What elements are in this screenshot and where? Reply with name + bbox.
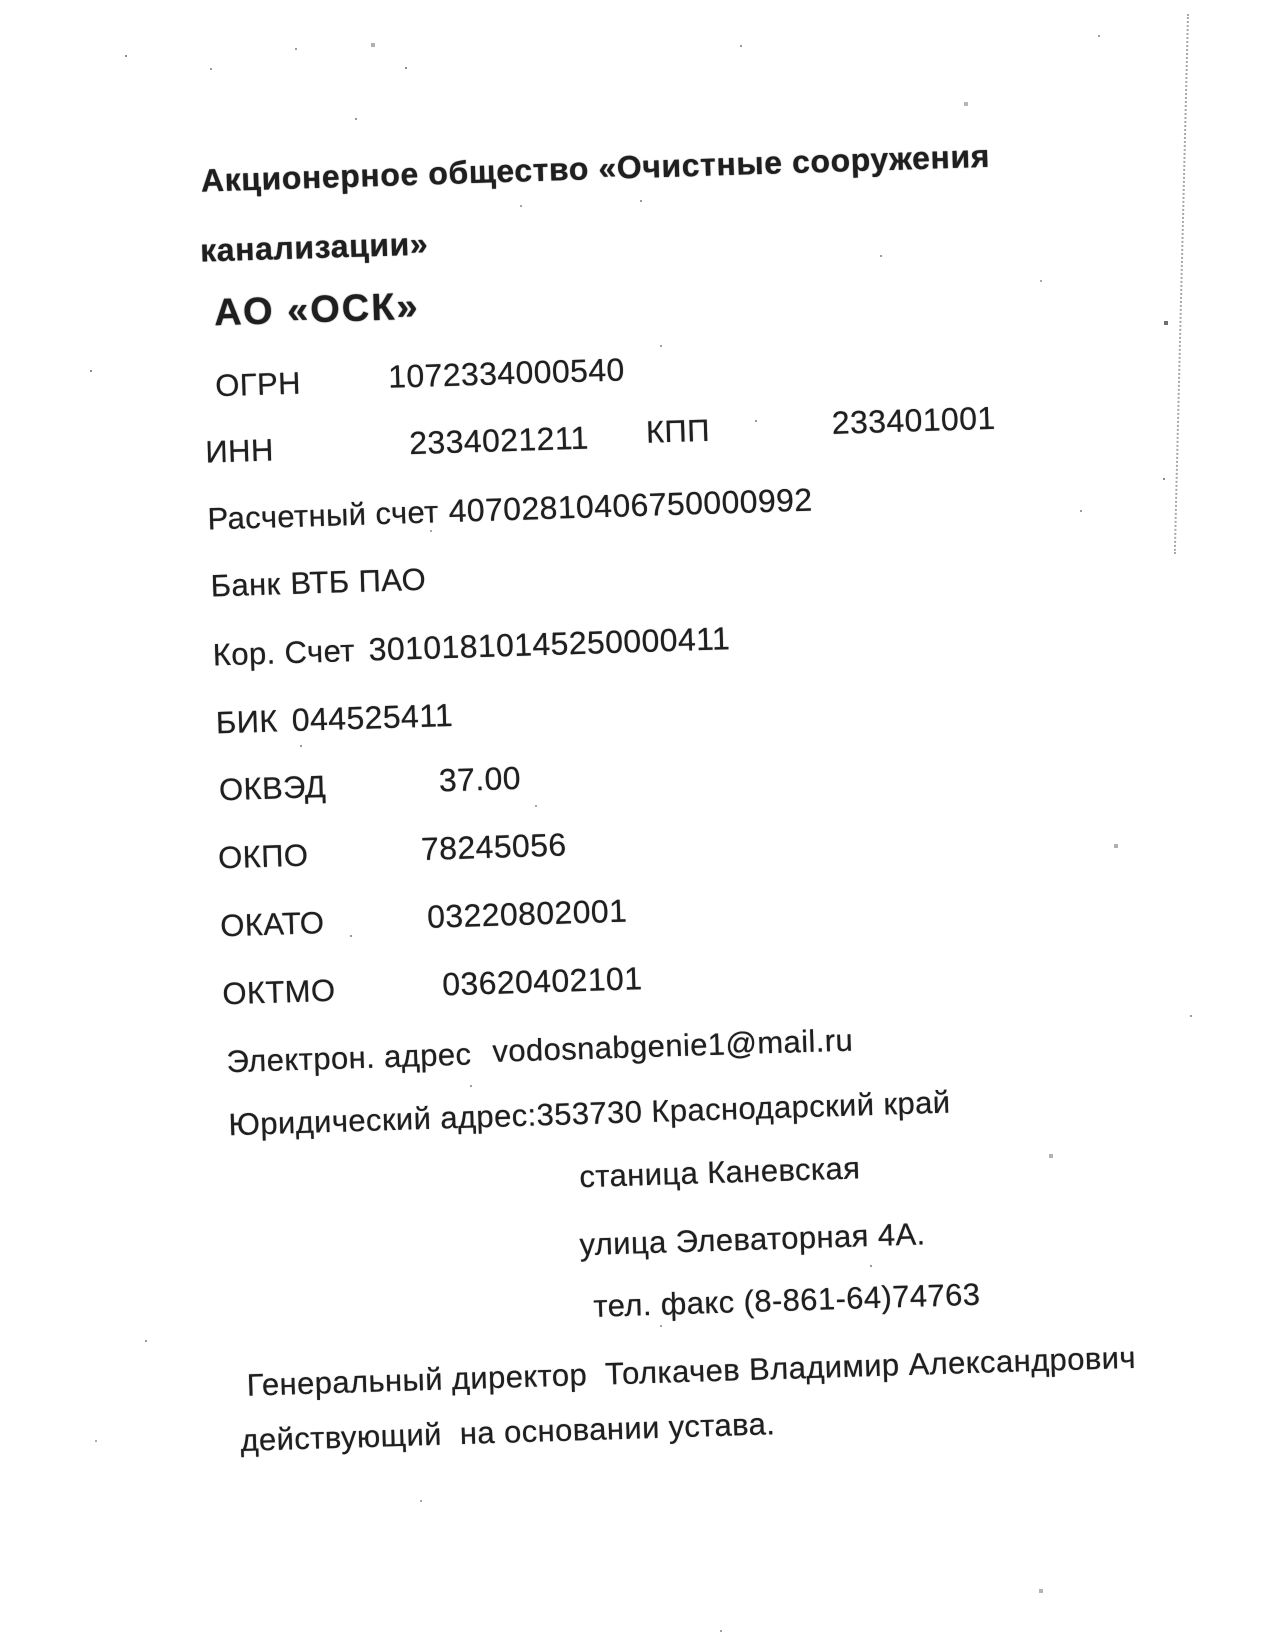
bank-value: ВТБ ПАО (290, 562, 427, 601)
okved-value: 37.00 (438, 760, 521, 800)
director-line1: Генеральный директор Толкачев Владимир А… (246, 1340, 1136, 1404)
correspondent-account-value: 30101810145250000411 (368, 620, 731, 667)
correspondent-account-row: Кор. Счет30101810145250000411 (212, 620, 730, 673)
oktmo-label: ОКТМО (222, 973, 336, 1013)
kpp-label: КПП (645, 413, 710, 451)
correspondent-account-label: Кор. Счет (212, 633, 355, 672)
ogrn-value: 1072334000540 (388, 351, 626, 395)
company-short-name: АО «ОСК» (213, 286, 420, 335)
scan-noise-specks (0, 0, 2, 2)
okpo-label: ОКПО (218, 838, 309, 877)
oktmo-value: 03620402101 (442, 960, 643, 1003)
inn-value: 2334021211 (409, 420, 590, 463)
company-full-name-line2: канализации» (200, 225, 429, 269)
email-label: Электрон. адрес (226, 1037, 472, 1081)
bank-label: Банк (210, 566, 281, 603)
okato-value: 03220802001 (427, 893, 628, 936)
settlement-account-row: Расчетный счет40702810406750000992 (207, 482, 813, 538)
okpo-value: 78245056 (420, 826, 567, 868)
ogrn-label: ОГРН (215, 366, 302, 405)
bik-row: БИК044525411 (215, 697, 453, 741)
document-content: Акционерное общество «Очистные сооружени… (0, 0, 1275, 1650)
settlement-account-value: 40702810406750000992 (448, 482, 813, 529)
company-full-name-line1: Акционерное общество «Очистные сооружени… (200, 138, 990, 200)
kpp-value: 233401001 (831, 400, 996, 442)
okved-label: ОКВЭД (218, 769, 326, 808)
scanned-document-page: Акционерное общество «Очистные сооружени… (0, 0, 1275, 1650)
inn-label: ИНН (205, 432, 274, 470)
bik-value: 044525411 (291, 697, 453, 738)
settlement-account-label: Расчетный счет (207, 494, 439, 536)
legal-address-line2: станица Каневская (579, 1150, 861, 1195)
phone-fax-line: тел. факс (8-861-64)74763 (593, 1277, 981, 1325)
director-line2: действующий на основании устава. (240, 1406, 776, 1459)
okato-label: ОКАТО (220, 905, 325, 944)
bik-label: БИК (215, 703, 278, 740)
email-value: vodosnabgenie1@mail.ru (492, 1023, 854, 1070)
legal-address-line3: улица Элеваторная 4А. (579, 1216, 926, 1263)
bank-row: БанкВТБ ПАО (210, 562, 427, 605)
legal-address-line1: Юридический адрес:353730 Краснодарский к… (228, 1085, 951, 1144)
